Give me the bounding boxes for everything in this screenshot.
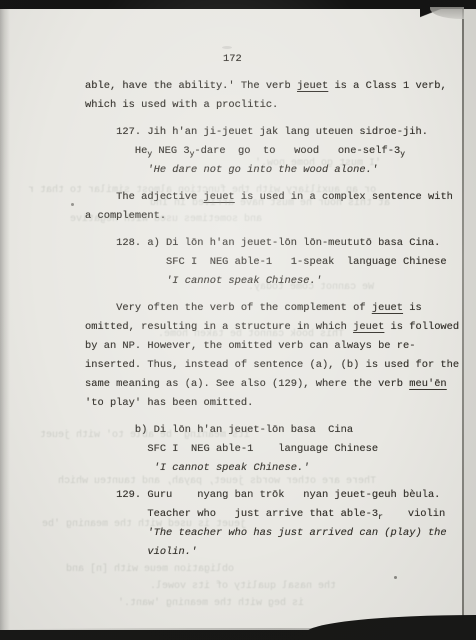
ink-speck: [394, 576, 397, 579]
example-129-gloss: Teacher who just arrive that able-3r vio…: [85, 505, 465, 524]
ink-speck: [71, 203, 74, 206]
example-127-gloss: Hey NEG 3y-dare go to wood one-self-3y: [85, 142, 465, 161]
example-129-translation: 'The teacher who has just arrived can (p…: [85, 524, 465, 543]
page-number: 172: [85, 50, 465, 69]
example-127-translation: 'He dare not go into the wood alone.': [85, 161, 465, 180]
body-text-line: a complement.: [85, 207, 465, 226]
body-text-line: inserted. Thus, instead of sentence (a),…: [85, 356, 465, 375]
scanner-bed-top: [0, 0, 476, 9]
scanner-bed-bottom: [0, 630, 476, 640]
example-128b-translation: 'I cannot speak Chinese.': [85, 459, 465, 478]
bleed-through-text: the nasal quality of its vowel.: [150, 581, 336, 592]
ink-speck: [222, 46, 232, 49]
page-left-edge-shadow: [0, 8, 10, 632]
body-text-line: Very often the verb of the complement of…: [85, 299, 465, 318]
bleed-through-text: is beg with the meaning 'want.': [118, 598, 304, 609]
body-text-line: 'to play' has been omitted.: [85, 394, 465, 413]
body-text-line: The adjective jeuet is used in a complex…: [85, 188, 465, 207]
body-text-line: which is used with a proclitic.: [85, 96, 465, 115]
body-text-line: able, have the ability.' The verb jeuet …: [85, 77, 465, 96]
example-129-translation: violin.': [85, 543, 465, 562]
bleed-through-text: obligation meue with [n] and: [66, 564, 234, 575]
typewritten-text-block: 172able, have the ability.' The verb jeu…: [85, 50, 465, 562]
example-128a-translation: 'I cannot speak Chinese.': [85, 272, 465, 291]
example-128b-gloss: SFC I NEG able-1 language Chinese: [85, 440, 465, 459]
example-128a-gloss: SFC I NEG able-1 1-speak language Chines…: [85, 253, 465, 272]
body-text-line: by an NP. However, the omitted verb can …: [85, 337, 465, 356]
body-text-line: omitted, resulting in a structure in whi…: [85, 318, 465, 337]
scanned-page: 172able, have the ability.' The verb jeu…: [0, 0, 476, 640]
example-129-acehnese: 129. Guru nyang ban trōk nyan jeuet-geuh…: [85, 486, 465, 505]
example-127-acehnese: 127. Jih h'an ji-jeuet jak lang uteuen s…: [85, 123, 465, 142]
example-128a-acehnese: 128. a) Di lōn h'an jeuet-lōn lōn-meutut…: [85, 234, 465, 253]
example-128b-acehnese: b) Di lōn h'an jeuet-lōn basa Cina: [85, 421, 465, 440]
body-text-line: same meaning as (a). See also (129), whe…: [85, 375, 465, 394]
